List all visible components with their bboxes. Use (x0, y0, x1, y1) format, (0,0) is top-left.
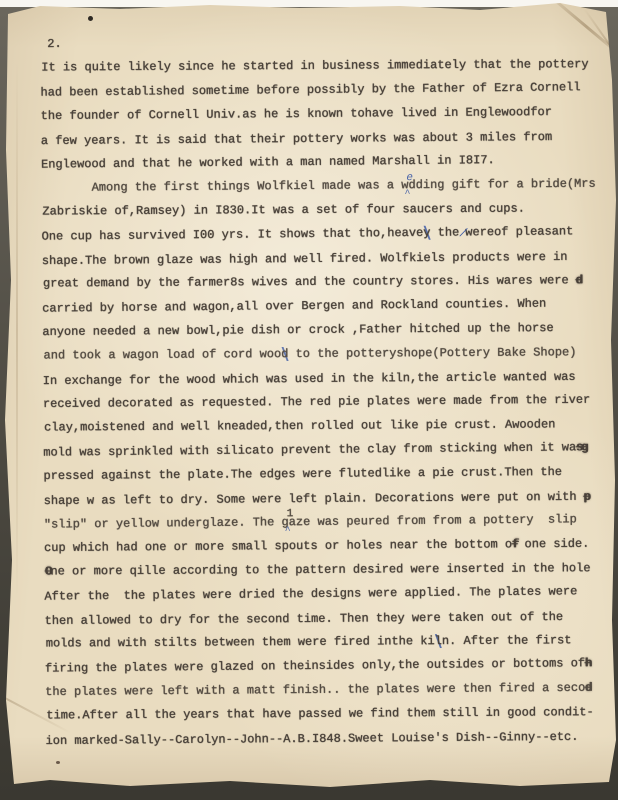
typed-text: firing the plates were glazed on theinsi… (45, 656, 585, 675)
typed-line: After the the plates were dried the desi… (44, 579, 614, 609)
typed-text: shape.The brown glaze was high and well … (42, 250, 568, 268)
typed-text: the (430, 225, 459, 239)
typed-text: molds and with stilts between them were … (46, 634, 435, 650)
typed-text: mold was sprinkled with silicato prevent… (43, 440, 576, 459)
typed-line: and took a wagon load of cord wood to th… (43, 340, 613, 367)
typed-text: After the the plates were dried the desi… (44, 584, 577, 603)
overstruck-text: d (585, 681, 590, 695)
typed-text: shape w as left to dry. Some were left p… (44, 490, 584, 508)
typed-text: Englewood and that he worked with a man … (41, 153, 495, 172)
overstruck-text: p (584, 490, 589, 504)
typed-text: received decorated as requested. The red… (43, 393, 590, 411)
typed-text-block: 2.It is quite likely since he started in… (40, 28, 616, 752)
typed-text: Among the first things Wolfkiel made was… (92, 178, 409, 194)
typed-line: ion marked-Sally--Carolyn--John--A.B.I84… (45, 725, 615, 753)
typed-text: One cup has survived I00 yrs. It shows t… (42, 226, 424, 244)
blue-struck-text: d (281, 347, 288, 361)
typed-text: pressed against the plate.The edges were… (43, 465, 562, 483)
typed-line: pressed against the plate.The edges were… (43, 460, 613, 488)
typed-text: great demand by the farmer8s wives and t… (43, 273, 576, 290)
typed-text: aze was peured from from a pottery slip (289, 512, 577, 529)
typed-line: In exchange for the wood which was used … (43, 365, 613, 393)
scanned-page: 2.It is quite likely since he started in… (0, 0, 618, 800)
ink-speck (88, 16, 93, 21)
typed-text: It is quite likely since he started in b… (41, 57, 588, 74)
typed-text: ne or more qille according to the patter… (50, 561, 590, 578)
typed-text: the founder of Cornell Univ.as he is kno… (41, 105, 552, 123)
overstruck-text: h (585, 656, 590, 670)
typed-text: one side. (517, 537, 589, 552)
typed-text: cup which had one or more small spouts o… (44, 537, 512, 555)
overstruck-text: sg (576, 440, 587, 454)
typed-line: time.After all the years that have passe… (46, 700, 616, 727)
typed-text: "slip" or yellow underglaze. The g (44, 515, 289, 531)
typed-text: the plates were left with a matt finish.… (45, 681, 585, 699)
typed-text: anyone needed a new bowl,pie dish or cro… (42, 321, 553, 339)
ink-speck (56, 761, 60, 764)
typed-text: 2. (47, 37, 62, 51)
typed-text: and took a wagon load of cord woo (43, 347, 281, 362)
typed-text: wereof pleasant (465, 224, 573, 239)
overstruck-text: d (576, 273, 581, 287)
typed-text: In exchange for the wood which was used … (43, 370, 576, 388)
typed-text: n. After the first (442, 633, 572, 648)
typed-line: the founder of Cornell Univ.as he is kno… (41, 100, 611, 128)
typed-text: a few years. It is said that their potte… (41, 130, 552, 148)
typed-text: clay,moistened and well kneaded,then rol… (44, 417, 555, 434)
paper-sheet: 2.It is quite likely since he started in… (0, 0, 618, 792)
typed-text: then allowed to dry for the second time.… (45, 610, 564, 628)
paper-crease (16, 60, 18, 600)
typed-text: ion marked-Sally--Carolyn--John--A.B.I84… (46, 730, 579, 748)
typed-text: had been established sometime before pos… (40, 80, 580, 99)
typed-text: Zabriskie of,Ramsey) in I830.It was a se… (42, 202, 525, 219)
typed-text: dding gift for a bride(Mrs (408, 177, 595, 192)
typed-text: time.After all the years that have passe… (46, 705, 593, 722)
typed-text: to the potteryshope(Pottery Bake Shope) (288, 345, 576, 361)
typed-line: One cup has survived I00 yrs. It shows t… (41, 219, 611, 249)
typed-text: carried by horse and wagon,all over Berg… (42, 297, 546, 316)
